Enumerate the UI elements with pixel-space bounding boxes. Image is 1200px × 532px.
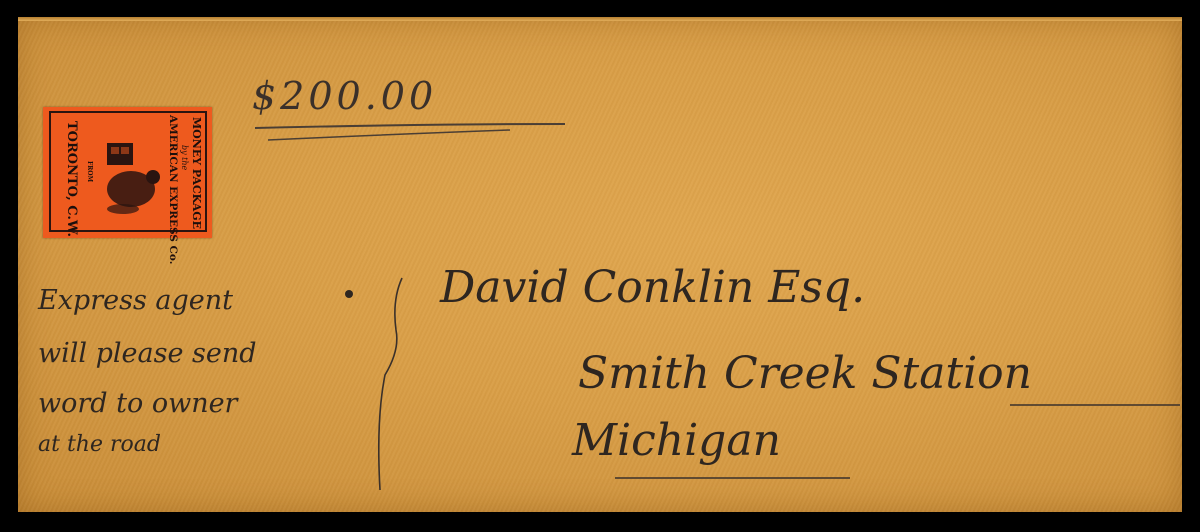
label-by-the: by the	[180, 145, 189, 170]
label-city: TORONTO, C.W.	[64, 121, 79, 237]
note-line-2: will please send	[38, 338, 257, 369]
note-line-4: at the road	[38, 432, 161, 457]
note-line-1: Express agent	[38, 285, 233, 316]
american-express-money-package-label: MONEY PACKAGE by the AMERICAN EXPRESS Co…	[43, 107, 212, 238]
engraving-icon	[101, 137, 171, 215]
label-from: FROM	[86, 161, 93, 182]
address-town: Smith Creek Station	[578, 348, 1032, 399]
note-line-3: word to owner	[38, 388, 237, 419]
envelope-top-edge	[18, 17, 1182, 21]
declared-value: $200.00	[252, 74, 437, 118]
address-name: David Conklin Esq.	[440, 262, 865, 313]
label-title: MONEY PACKAGE	[190, 117, 203, 229]
address-state: Michigan	[572, 415, 781, 466]
